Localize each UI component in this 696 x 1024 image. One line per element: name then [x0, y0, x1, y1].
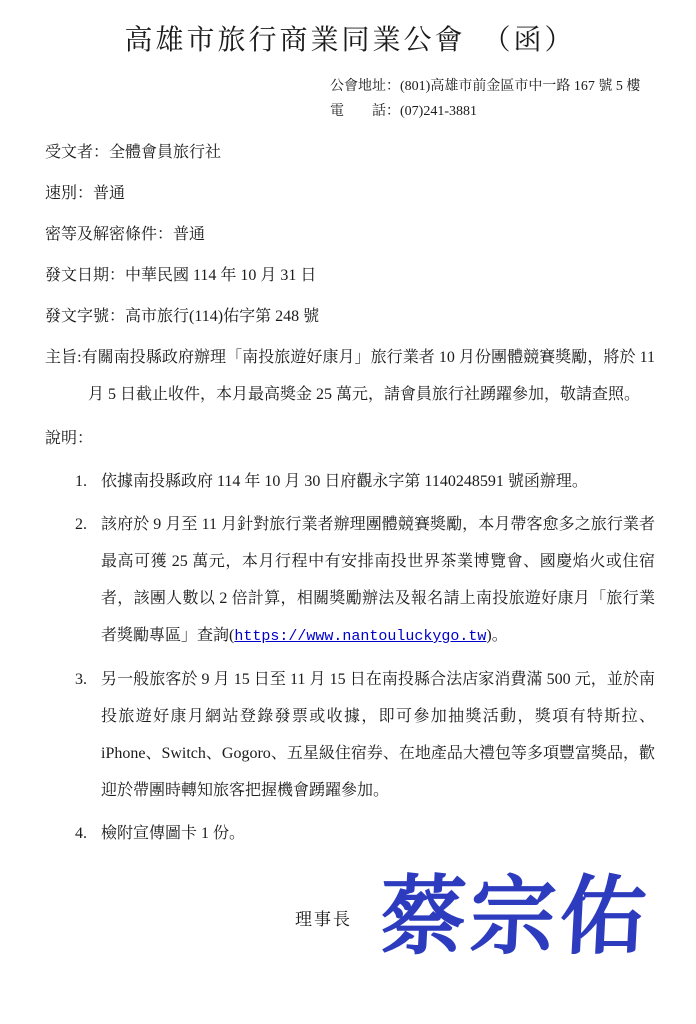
item-text: 另一般旅客於 9 月 15 日至 11 月 15 日在南投縣合法店家消費滿 50…: [101, 661, 655, 809]
subject-paragraph: 主旨:有關南投縣政府辦理「南投旅遊好康月」旅行業者 10 月份團體競賽獎勵，將於…: [45, 339, 655, 413]
address-label: 公會地址：: [330, 79, 400, 94]
phone-label: 電 話：: [330, 104, 400, 119]
address-value: (801)高雄市前金區市中一路 167 號 5 樓: [400, 79, 640, 94]
field-speed-label: 速別：: [45, 185, 93, 202]
field-doc-number-value: 高市旅行(114)佑字第 248 號: [125, 308, 319, 325]
association-address-line: 公會地址：(801)高雄市前金區市中一路 167 號 5 樓: [330, 74, 655, 99]
signature-block: 理事長 蔡宗佑: [45, 870, 655, 965]
chairman-title: 理事長: [295, 905, 352, 930]
item-text: 檢附宣傳圖卡 1 份。: [101, 815, 655, 852]
field-doc-number: 發文字號：高市旅行(114)佑字第 248 號: [45, 296, 655, 337]
letter-meta-fields: 受文者：全體會員旅行社 速別：普通 密等及解密條件：普通 發文日期：中華民國 1…: [45, 132, 655, 337]
explanation-item-3: 3. 另一般旅客於 9 月 15 日至 11 月 15 日在南投縣合法店家消費滿…: [45, 661, 655, 809]
field-security-label: 密等及解密條件：: [45, 226, 173, 243]
item-number: 2.: [75, 506, 101, 655]
subject-text: 有關南投縣政府辦理「南投旅遊好康月」旅行業者 10 月份團體競賽獎勵，將於 11…: [82, 349, 655, 403]
field-issue-date-value: 中華民國 114 年 10 月 31 日: [125, 267, 316, 284]
item-number: 3.: [75, 661, 101, 809]
chairman-signature: 蔡宗佑: [378, 870, 653, 965]
page-title: 高雄市旅行商業同業公會 （函）: [45, 22, 655, 60]
association-contact-block: 公會地址：(801)高雄市前金區市中一路 167 號 5 樓 電 話：(07)2…: [330, 74, 655, 124]
field-speed: 速別：普通: [45, 173, 655, 214]
explanation-label: 說明：: [45, 420, 655, 457]
item-text: 依據南投縣政府 114 年 10 月 30 日府觀永字第 1140248591 …: [101, 463, 655, 500]
phone-value: (07)241-3881: [400, 104, 477, 119]
field-security-value: 普通: [173, 226, 205, 243]
field-recipient: 受文者：全體會員旅行社: [45, 132, 655, 173]
field-recipient-value: 全體會員旅行社: [109, 144, 221, 161]
explanation-item-2: 2. 該府於 9 月至 11 月針對旅行業者辦理團體競賽獎勵，本月帶客愈多之旅行…: [45, 506, 655, 655]
official-letter-page: 高雄市旅行商業同業公會 （函） 公會地址：(801)高雄市前金區市中一路 167…: [0, 0, 696, 1024]
explanation-list: 1. 依據南投縣政府 114 年 10 月 30 日府觀永字第 11402485…: [45, 463, 655, 852]
item-number: 1.: [75, 463, 101, 500]
association-phone-line: 電 話：(07)241-3881: [330, 99, 655, 124]
explanation-item-1: 1. 依據南投縣政府 114 年 10 月 30 日府觀永字第 11402485…: [45, 463, 655, 500]
item-text: 該府於 9 月至 11 月針對旅行業者辦理團體競賽獎勵，本月帶客愈多之旅行業者最…: [101, 506, 655, 655]
field-issue-date: 發文日期：中華民國 114 年 10 月 31 日: [45, 255, 655, 296]
item-text-after-link: )。: [486, 627, 507, 644]
field-issue-date-label: 發文日期：: [45, 267, 125, 284]
subject-label: 主旨:: [45, 349, 82, 366]
field-security: 密等及解密條件：普通: [45, 214, 655, 255]
item-number: 4.: [75, 815, 101, 852]
field-speed-value: 普通: [93, 185, 125, 202]
item-text-before-link: 該府於 9 月至 11 月針對旅行業者辦理團體競賽獎勵，本月帶客愈多之旅行業者最…: [101, 516, 655, 644]
nantouluckygo-link[interactable]: https://www.nantouluckygo.tw: [234, 628, 486, 645]
explanation-item-4: 4. 檢附宣傳圖卡 1 份。: [45, 815, 655, 852]
field-doc-number-label: 發文字號：: [45, 308, 125, 325]
field-recipient-label: 受文者：: [45, 144, 109, 161]
